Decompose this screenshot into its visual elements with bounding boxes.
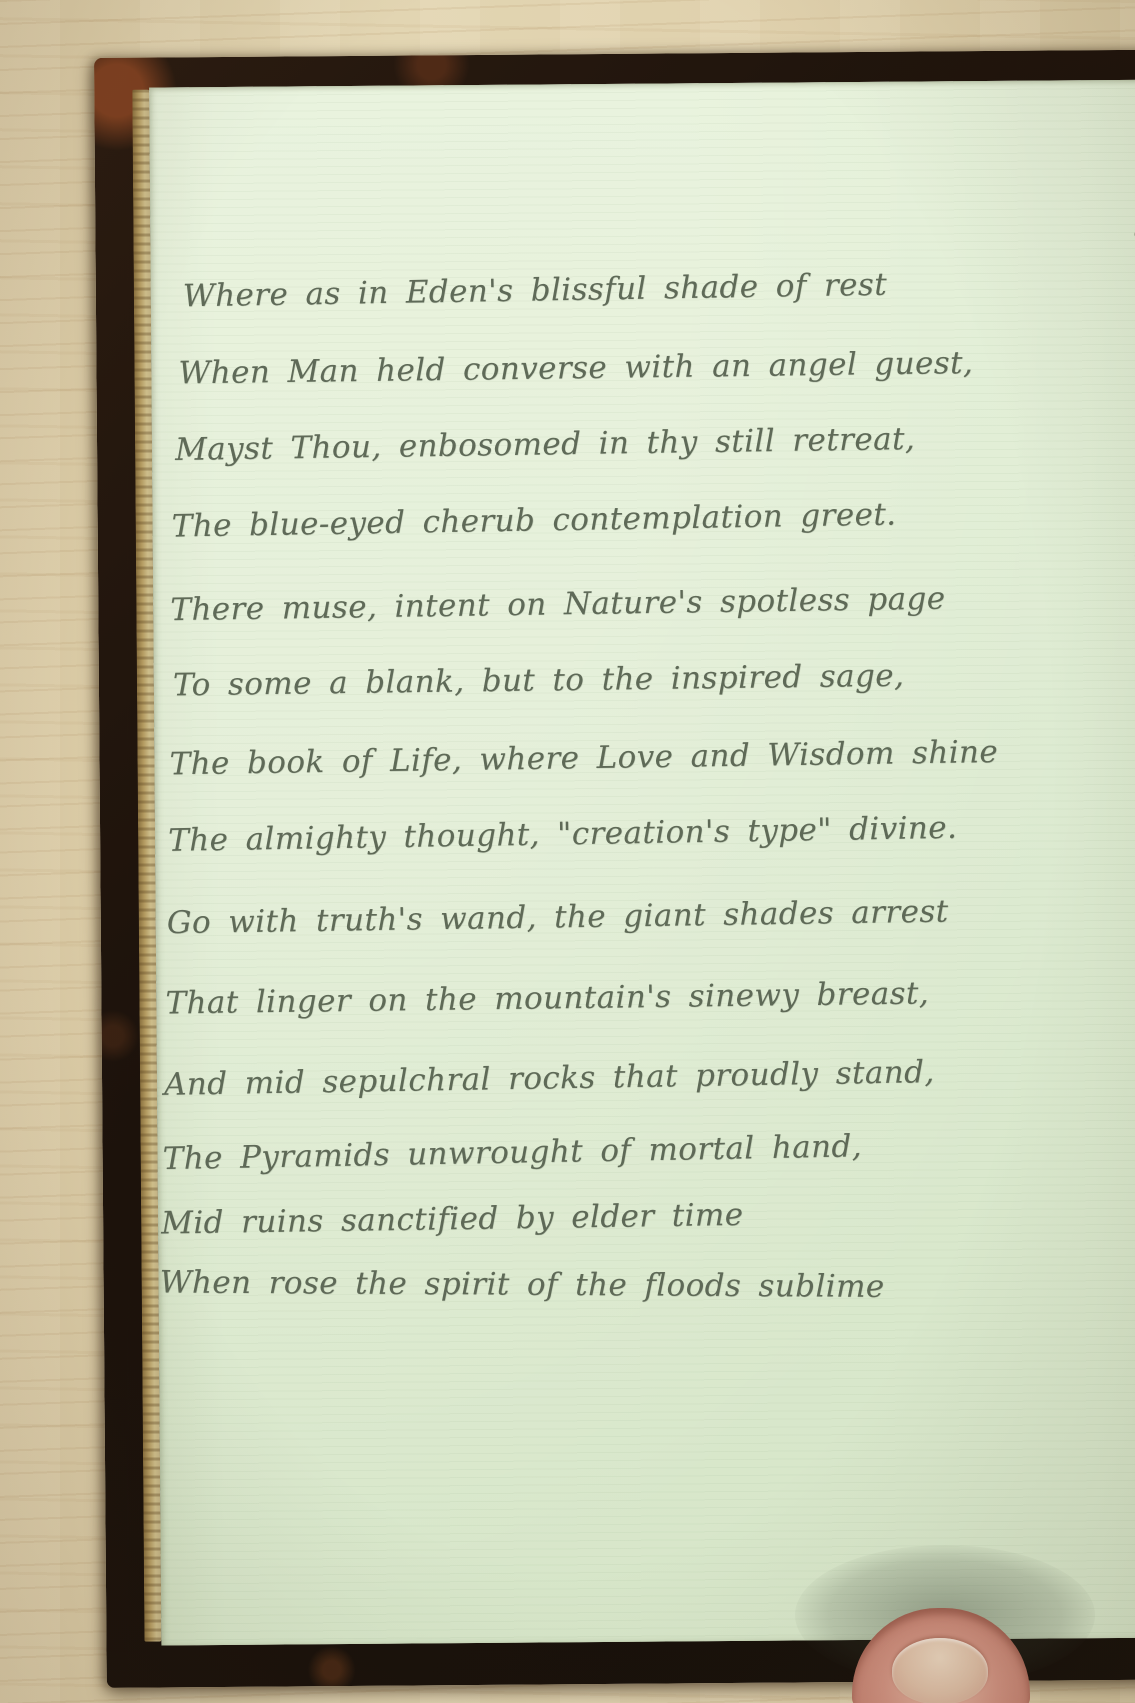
- manuscript-line: Where as in Eden's blissful shade of res…: [183, 267, 888, 315]
- fingernail: [892, 1638, 988, 1703]
- manuscript-line: When rose the spirit of the floods subli…: [160, 1264, 885, 1304]
- manuscript-line: The book of Life, where Love and Wisdom …: [169, 734, 998, 782]
- manuscript-line: To some a blank, but to the inspired sag…: [173, 658, 905, 704]
- manuscript-line: When Man held converse with an angel gue…: [178, 345, 973, 391]
- manuscript-line: The Pyramids unwrought of mortal hand,: [162, 1128, 862, 1177]
- manuscript-line: There muse, intent on Nature's spotless …: [170, 581, 946, 628]
- manuscript-line: Mid ruins sanctified by elder time: [161, 1197, 744, 1242]
- book-cover: Where as in Eden's blissful shade of res…: [94, 49, 1135, 1688]
- manuscript-line: The blue-eyed cherub contemplation greet…: [171, 497, 896, 545]
- photo-of-manuscript: { "scene": { "description": "Photograph …: [0, 0, 1135, 1703]
- manuscript-line: Mayst Thou, enbosomed in thy still retre…: [175, 421, 915, 468]
- manuscript-page: Where as in Eden's blissful shade of res…: [149, 79, 1135, 1645]
- manuscript-line: The almighty thought, "creation's type" …: [168, 810, 958, 859]
- manuscript-line: And mid sepulchral rocks that proudly st…: [164, 1054, 935, 1103]
- manuscript-line: Go with truth's wand, the giant shades a…: [167, 894, 949, 942]
- manuscript-line: That linger on the mountain's sinewy bre…: [165, 975, 929, 1021]
